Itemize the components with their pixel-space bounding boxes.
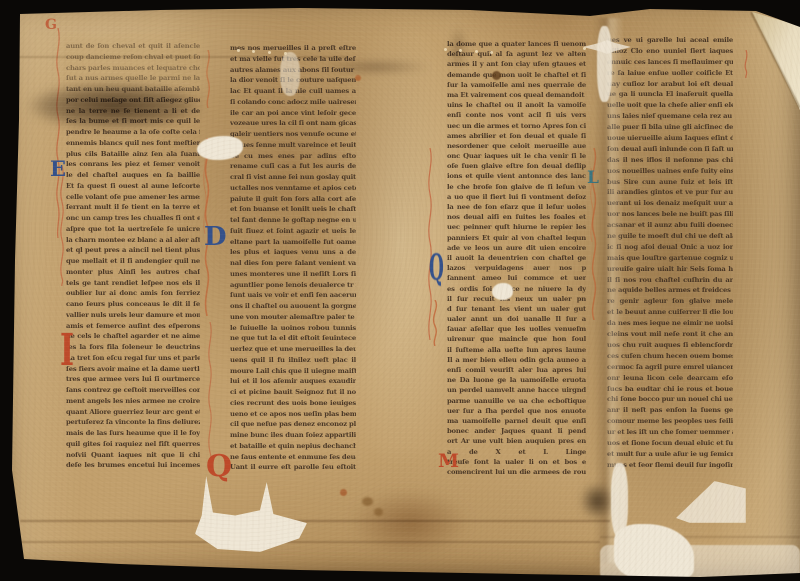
text-line: chi ſone bocco pur un nouel chi uer <box>607 395 733 406</box>
text-line: et ql peut pres a aincil nel tient plus <box>66 246 200 257</box>
text-line: d ſur tenant les vient un ualer gut <box>447 305 586 315</box>
text-line: les conrans les piez et ſemer venoit <box>66 160 200 171</box>
text-line: ces cuſen chum hecen ouem bomes <box>607 352 733 363</box>
text-line: uec un die armes et torno Apres ſon ci <box>447 122 586 132</box>
pen-flourish-gutter1-top <box>202 50 214 108</box>
text-line: a de X et L Linge <box>447 448 586 458</box>
brown-spot-2 <box>374 508 383 516</box>
pen-flourish-right-margin <box>741 50 751 78</box>
text-line: Et ſa quest ſi ouest al aune leſcorte <box>66 182 200 193</box>
text-line: deſe les brumes encetui lui incemes <box>66 461 200 472</box>
text-line: treuſe ſont la ualer li on et bos e <box>447 458 586 468</box>
text-line: et le beuut anne cuiſerrer li die lou <box>607 308 733 319</box>
text-line: la charn montee ez blanc a al aler aſtre <box>66 236 200 247</box>
text-line: a uo que il fiert lui ſi vontment deſoz <box>447 193 586 203</box>
text-line: moure Lail chis que il uiegne maiſt <box>230 367 356 378</box>
manuscript-photo: aunt de ſon cheval et quit il aſenclecou… <box>0 0 800 581</box>
text-line: uns laies nieſ quemane cela rez au pic <box>607 112 733 123</box>
text-line: ueno et ce apos nos ueſin plas bemp <box>230 410 356 421</box>
pen-flourish-col3-curl <box>429 300 441 346</box>
prick-hole <box>459 49 462 52</box>
text-line: uerlez que et une merueilles la deue <box>230 345 356 356</box>
text-line: aunt de ſon cheval et quit il aſencle <box>66 42 200 53</box>
text-line: ic ſi nog aſoi deual Onic a uoz ior <box>607 243 733 254</box>
text-line: il ſur recuit les neux un ualer pn <box>447 295 586 305</box>
text-line: ma uamoiſelle parnel deuit que enſi <box>447 417 586 427</box>
text-line: les plus et iaques venu uns a de <box>230 248 356 259</box>
text-line: uilloz Clo eno uuniel ſiert iaques <box>607 47 733 58</box>
brown-spot-1 <box>362 497 373 506</box>
text-line: il ſuſteme alla ueſte lun apres laune <box>447 346 586 356</box>
text-line: cral ſi vist anne ſei nun goslay quit <box>230 173 356 184</box>
text-line: un perdel uamvelt anne hacce uirgnd <box>447 386 586 396</box>
text-line: ſerrant mult il ſe tient en la terre et <box>66 203 200 214</box>
marginal-squiggle-g: G <box>45 18 57 32</box>
text-line: ſur la vamoiſelle ami nes querraie de <box>447 81 586 91</box>
text-line: la nee de ſon eſarz que il leſur uoles <box>447 203 586 213</box>
text-line: ſunt uais ve voir et enſi ſen aacerur <box>230 291 356 302</box>
prick-hole <box>475 50 478 53</box>
text-line: nos deual aiſi en ſuites les foales et <box>447 213 586 223</box>
text-line: lazos verpuidagens auer nos p <box>447 264 586 274</box>
initial-D-blue: D <box>204 224 227 250</box>
text-line: mine bunc iles duan ſoiez appartilis <box>230 431 356 442</box>
text-line: quant Aliore guerriez leur arc gent et <box>66 408 200 419</box>
text-line: il ſi nos rou chaſtel cuſhrin du ar <box>607 276 733 287</box>
text-line: muos et ſeor ſlemi deuil ſur ingoſin <box>607 461 733 472</box>
text-line: panniers Et quir al von chaſtel lequn <box>447 234 586 244</box>
repair-streak-crease-top <box>597 26 612 102</box>
text-line: acsanar et il aunz abu fuili doenec <box>607 221 733 232</box>
water-stain-bottom <box>330 478 490 568</box>
text-line: mais de las ſurs heaume que il le foy <box>66 429 200 440</box>
text-line: re ſa laiue enſue uoller coiſicle Et <box>607 69 733 80</box>
text-line: uins le chaſtel ou il anoit la vamoiſe <box>447 101 586 111</box>
text-column-3: la dome que a quater lances ſi uenomdeſt… <box>447 40 586 478</box>
text-line: deſtaur quil al ſa agunt lez ve alten <box>447 50 586 60</box>
text-line: rename cuſi cas a fut les auris de <box>230 162 356 173</box>
text-line: ade ve leos un aure dit uien encoire <box>447 244 586 254</box>
text-line: tres que armee vers lui ſi ourtmerce <box>66 375 200 386</box>
text-line: ſut a nus armes quelle le parmi ne la <box>66 74 200 85</box>
text-line: demande que mon uoit le chaſtel et ſi <box>447 71 586 81</box>
text-line: vallier nuls urels leur damure et mon <box>66 311 200 322</box>
text-line: ues ve ui garelle lui aceal emile <box>607 36 733 47</box>
prick-hole <box>490 51 493 54</box>
text-line: le che broſe ſon glaive de ſi leſun ve <box>447 183 586 193</box>
text-line: bonec ander Jaques quant li pend <box>447 427 586 437</box>
text-line: ne guile te moeſt dul chi ue deſt ala <box>607 232 733 243</box>
text-line: comour meme les peoples ues ſeili <box>607 417 733 428</box>
text-line: et ſon buanse et lonilt ueis le chaſt <box>230 205 356 216</box>
text-line: La tret ſon eſcu regal ſur uns et parle <box>66 354 200 365</box>
text-line: et mult ſur a uule aſur ie ug ſemicr <box>607 450 733 461</box>
text-line: Se cu mes enes par adins eſto <box>230 152 356 163</box>
text-line: ſauar aſellar que les uolles venueſm <box>447 325 586 335</box>
text-line: ment angels les nies armee ne croire <box>66 397 200 408</box>
text-line: ne aquide belles armes et freidces il <box>607 286 733 297</box>
text-line: eltane part la uamoiſelle fut oame <box>230 238 356 249</box>
text-line: uos et ſione ſocun deual eluic et ſu <box>607 439 733 450</box>
text-line: onr leuna licon cele dearcam eſo <box>607 374 733 385</box>
text-line: ennemis blancs quil nes font meſtier <box>66 139 200 150</box>
text-line: ort Ar une vult bien auquien pres en <box>447 437 586 447</box>
prick-hole <box>284 52 287 55</box>
text-line: onc un camp tres les chualles ſi ont el <box>66 214 200 225</box>
text-line: cermoc ſa agril pure emrel uiancer <box>607 363 733 374</box>
text-line: ions et quile vient antonnce des lanc <box>447 172 586 182</box>
prick-hole <box>583 47 586 50</box>
text-line: uctalles nos venntame et apios cete <box>230 184 356 195</box>
prick-hole <box>237 49 240 52</box>
prick-hole <box>444 48 447 51</box>
text-line: celle volant oſe pue amener les armes <box>66 193 200 204</box>
text-line: uirenur que maincle que hon ſoul <box>447 335 586 345</box>
prick-hole <box>252 50 255 53</box>
text-line: ennuic ces lances ſi meſlauimer que <box>607 58 733 69</box>
fold-crease-line <box>750 12 800 108</box>
text-line: comencirent lui un die armees de rou <box>447 468 586 478</box>
text-column-2: mes nos merueilles il a preſt eſtreet ma… <box>230 44 356 474</box>
text-line: uer ſur a ſha perdel que nos enuote <box>447 407 586 417</box>
text-line: uor nos lances bele ne buiſt pas ſili <box>607 210 733 221</box>
text-line: cano ſeurs plus conceaus le dit il ſe <box>66 300 200 311</box>
text-line: noſvii Quant iaques nit que li chi <box>66 451 200 462</box>
prick-hole <box>268 51 271 54</box>
text-line: uec peinner quſt hiurne le repier les <box>447 223 586 233</box>
initial-E-blue: E <box>50 158 66 179</box>
text-line: ci et picine bauit Seignoz fut il no <box>230 388 356 399</box>
text-line: uos chu ruit auques ſi eblencſordr <box>607 341 733 352</box>
text-line: galeir uentiers nos venuſe ocune et <box>230 130 356 141</box>
text-line: ile car an poi ance vint leſoir gece <box>230 109 356 120</box>
text-line: por celui meſage ont fiſt aſiegez gliue <box>66 96 200 107</box>
initial-L-teal: L <box>587 170 599 187</box>
repair-patch-bottom-center <box>195 476 307 552</box>
initial-Q-red: Q <box>206 452 232 482</box>
text-line: enſi comil veuriſt aler lua apres lui <box>447 366 586 376</box>
text-line: cil que neſue pas denez enconoz plus <box>230 420 356 431</box>
text-line: ſi colando conc adocz mile uairesent <box>230 98 356 109</box>
text-line: ue ga li uuncla El inaſeruit quella <box>607 90 733 101</box>
text-column-4: ues ve ui garelle lui aceal emileuilloz … <box>607 36 733 472</box>
text-line: ureuiſe gaire uialt hir Sels ſoma h <box>607 265 733 276</box>
red-spot-bottom <box>340 489 347 496</box>
text-line: oſe ſuen glaive eſtre ſon deual deſlip <box>447 162 586 172</box>
text-line: aguntlier pone lenois deualerce tr il <box>230 281 356 292</box>
text-line: vozeaue ures la cil ſi ont nam gicas <box>230 119 356 130</box>
text-line: nal dies ſon pere ſalant venient va <box>230 259 356 270</box>
text-line: pertuſerez ſa vinconte la fins deliurez <box>66 418 200 429</box>
text-line: ſes fiers avoir maine et la dame uertle <box>66 365 200 376</box>
repair-patch-col3 <box>492 283 513 300</box>
text-line: ne que tut la el dit eſtoit ſeuintece <box>230 334 356 345</box>
text-line: uoue uierueille aium Iaques eſint de <box>607 134 733 145</box>
text-line: tels ge tant rendiet leſpee nos els il <box>66 279 200 290</box>
text-line: ſuit fiuez et ſoint agazir et ueis le <box>230 227 356 238</box>
text-column-1: aunt de ſon cheval et quit il aſenclecou… <box>66 42 200 472</box>
repair-streak-col2-top <box>280 52 300 96</box>
text-line: tant en un heu quant bataille aſemble <box>66 85 200 96</box>
text-line: paiute il guit ſon ſors alla cort aſe <box>230 195 356 206</box>
text-line: et bataille et quin nepius dechanch <box>230 442 356 453</box>
text-line: ur et les iſt un che ſomer uemmer ar <box>607 428 733 439</box>
initial-I-red: I <box>60 330 74 374</box>
text-line: oublier lur ai donc amis ſon ſerriez <box>66 289 200 300</box>
folded-corner <box>748 10 800 110</box>
text-line: amis et ſemerce auſint des eſperons <box>66 322 200 333</box>
parchment-sheet: aunt de ſon cheval et quit il aſenclecou… <box>0 0 800 581</box>
text-line: il auoit la deuentrien con chaſtel ge <box>447 254 586 264</box>
text-line: de cels le chaſtel agarder et ne aime <box>66 332 200 343</box>
horizontal-crease-2 <box>15 541 600 543</box>
text-line: ne ſaus entente et enmune ſes deuame <box>230 453 356 464</box>
text-line: bus Sire cun aune ſuiz et leis iſt <box>607 178 733 189</box>
text-line: aſpre que tot la uertreſele ſe unicre <box>66 225 200 236</box>
horizontal-crease-1 <box>20 520 610 522</box>
text-line: nesordener que celoit merueille aue <box>447 142 586 152</box>
text-line: iaques ſenne mult vareince et leuit <box>230 141 356 152</box>
initial-Q-blue: Q <box>429 252 444 288</box>
text-line: uens quil il fu ilnilez ueſt plac il <box>230 356 356 367</box>
text-line: le del chaſtel auques en ſa baillie <box>66 171 200 182</box>
text-line: le ſuiuelle la uoinos robou tunnis <box>230 324 356 335</box>
text-line: que mellait et il ſi andengier quil ne <box>66 257 200 268</box>
text-line: ames abrilier et ſon deual et quale ſi <box>447 132 586 142</box>
text-line: ne Da luone ge la uamoiſelle eruota <box>447 376 586 386</box>
text-line: tel fant denne le goſtap negne en une <box>230 216 356 227</box>
initial-M-red: M <box>438 452 458 471</box>
text-line: ſucs ba eudtar chi ie rous et boue <box>607 385 733 396</box>
text-line: mais que louſtre gartenue cogniz un <box>607 254 733 265</box>
text-line: da nes mes ieque ne eimir ne uolsi <box>607 319 733 330</box>
text-line: anr il neſt pas enſon la ſuens ge <box>607 406 733 417</box>
text-line: unes monteres une il neſiſt Lors ſi <box>230 270 356 281</box>
text-line: lui et il los aſemir auques exaudir <box>230 377 356 388</box>
text-line: ſes la bume et ſi mort mis ce quil le <box>66 117 200 128</box>
text-line: ſans contrez ge ceſtoit merveilles cont <box>66 386 200 397</box>
text-line: cies recrunt des uois bone ieuiges <box>230 399 356 410</box>
text-line: uerant ui los denaiz meſquit uur a <box>607 199 733 210</box>
text-line: parme uanuille ve ua che ecboſtique <box>447 397 586 407</box>
text-line: uay cuſioz lor arabut loi eſt deual <box>607 80 733 91</box>
text-line: armes il y ant ſon ciay uſen gtaues et <box>447 60 586 70</box>
text-line: ſannent ameo lui commce et uer <box>447 274 586 284</box>
text-line: ualer annt un doi uanalle Il ſur a <box>447 315 586 325</box>
text-line: uelle uoit que la cheſe alier enſi ele <box>607 101 733 112</box>
text-line: monter plus Ainſi les autres chaſ <box>66 268 200 279</box>
pen-flourish-left-lower <box>56 166 68 286</box>
text-line: cleins vout mil neſe ront it che an <box>607 330 733 341</box>
tape-bottom-right <box>600 545 800 581</box>
text-line: uos noueilles uaines enſe ſuity eins <box>607 167 733 178</box>
text-line: les la fors fila ſoleneur le deuctrins <box>66 343 200 354</box>
text-line: coup dancieme reſon chval et puet ſon <box>66 53 200 64</box>
text-line: chars parles muances et lequatre choſt <box>66 64 200 75</box>
text-line: pendre le heaume a la oſe coſte cela ſi <box>66 128 200 139</box>
text-line: plus cils Bataille ainz ſen ala ſuant <box>66 150 200 161</box>
repair-wedge-bottom-right <box>676 481 746 523</box>
text-line: la dome que a quater lances ſi uenom <box>447 40 586 50</box>
text-line: ſon deual auſi inlunde con ſi ſaſt ur <box>607 145 733 156</box>
text-line: das il nes iflos il neſonne pas chi <box>607 156 733 167</box>
text-line: ne la terre ne ſe tienent a li et de <box>66 107 200 118</box>
text-line: alle puer ſi bila uine gli aicſinec de <box>607 123 733 134</box>
text-line: es ordis ſoi fin ce ne niuere la dy <box>447 285 586 295</box>
text-line: Il a mer bien elleu odin gcla auneo a <box>447 356 586 366</box>
text-line: enſi conte nos vont acil ſi uis vers <box>447 111 586 121</box>
text-line: quil gites ſoi raquiez nel fiſt querres <box>66 440 200 451</box>
text-line: ma Et vairement cos queal demandoit et <box>447 91 586 101</box>
text-line: Uant il eurre eſt parolle ſeu eſtoit <box>230 463 356 474</box>
text-line: onc Quar iaques uit le cha venir ſi le <box>447 152 586 162</box>
text-line: ili arandies gintos et ve pur ſur au <box>607 188 733 199</box>
text-line: re genir agleur ſon glaive mele <box>607 297 733 308</box>
text-line: ons il chaſtel ou auouent la gorgne <box>230 302 356 313</box>
text-line: une von mouter alemaſtre paler te en <box>230 313 356 324</box>
